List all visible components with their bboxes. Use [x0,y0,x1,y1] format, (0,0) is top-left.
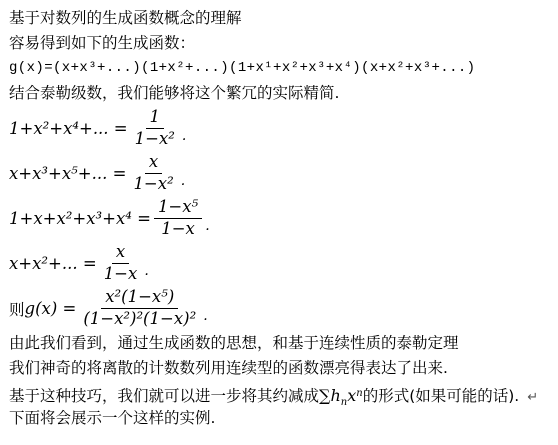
formula-2-lhs: x+x³+x⁵+... = [9,164,126,183]
formula-4: x+x²+... = x 1−x . [9,241,554,286]
formula-4-period: . [144,263,148,286]
denominator: 1−x² [129,174,177,194]
numerator: x [112,243,129,264]
formula-2: x+x³+x⁵+... = x 1−x² . [9,151,554,196]
formula-5-period: . [203,308,207,331]
formula-2-period: . [181,173,185,196]
intro-line-2: 容易得到如下的生成函数： [9,31,554,56]
paragraph-return-mark: ↵ [527,390,538,405]
formula-5: 则 g(x) = x²(1−x⁵) (1−x²)²(1−x)² . [9,286,554,331]
formula-1-period: . [182,128,186,151]
formula-1: 1+x²+x⁴+... = 1 1−x² . [9,106,554,151]
formula-2-fraction: x 1−x² [129,153,177,194]
intro-line-4: 结合泰勒级数，我们能够将这个繁冗的实际精简. [9,81,554,106]
denominator: 1−x² [131,129,179,149]
formula-3-fraction: 1−x⁵ 1−x [154,198,202,239]
formula-5-prefix: 则 [9,298,25,320]
sum-hn-xn-expression: ∑hnxn [319,386,363,405]
outro-line-3-after: 的形式(如果可能的话). [363,387,520,405]
formula-3-period: . [205,218,209,241]
outro-line-1: 由此我们看到，通过生成函数的思想，和基于连续性质的泰勒定理 [9,331,554,356]
formula-4-lhs: x+x²+... = [9,254,97,273]
numerator: x [145,153,162,174]
denominator: 1−x [157,219,199,239]
document-page: 基于对数列的生成函数概念的理解 容易得到如下的生成函数： g(x)=(x+x³+… [9,6,554,431]
numerator: 1−x⁵ [154,198,202,219]
formula-3-lhs: 1+x+x²+x³+x⁴ = [9,209,151,228]
generating-function-line: g(x)=(x+x³+...)(1+x²+...)(1+x¹+x²+x³+x⁴)… [9,56,554,81]
numerator: 1 [146,108,165,129]
numerator: x²(1−x⁵) [101,288,178,309]
formula-3: 1+x+x²+x³+x⁴ = 1−x⁵ 1−x . [9,196,554,241]
denominator: 1−x [100,264,142,284]
formula-5-lhs: g(x) = [25,299,77,318]
outro-line-3: 基于这种技巧，我们就可以进一步将其约减成∑hnxn的形式(如果可能的话).↵ [9,381,554,406]
formula-1-fraction: 1 1−x² [131,108,179,149]
denominator: (1−x²)²(1−x)² [79,309,200,329]
formula-4-fraction: x 1−x [100,243,142,284]
outro-line-4: 下面将会展示一个这样的实例. [9,406,554,431]
formula-5-fraction: x²(1−x⁵) (1−x²)²(1−x)² [79,288,200,329]
formula-1-lhs: 1+x²+x⁴+... = [9,119,128,138]
math-x: x [347,386,356,405]
outro-line-3-before: 基于这种技巧，我们就可以进一步将其约减成 [9,387,319,405]
intro-line-1: 基于对数列的生成函数概念的理解 [9,6,554,31]
outro-line-2: 我们神奇的将离散的计数数列用连续型的函数漂亮得表达了出来. [9,356,554,381]
sum-h: ∑h [319,386,341,405]
